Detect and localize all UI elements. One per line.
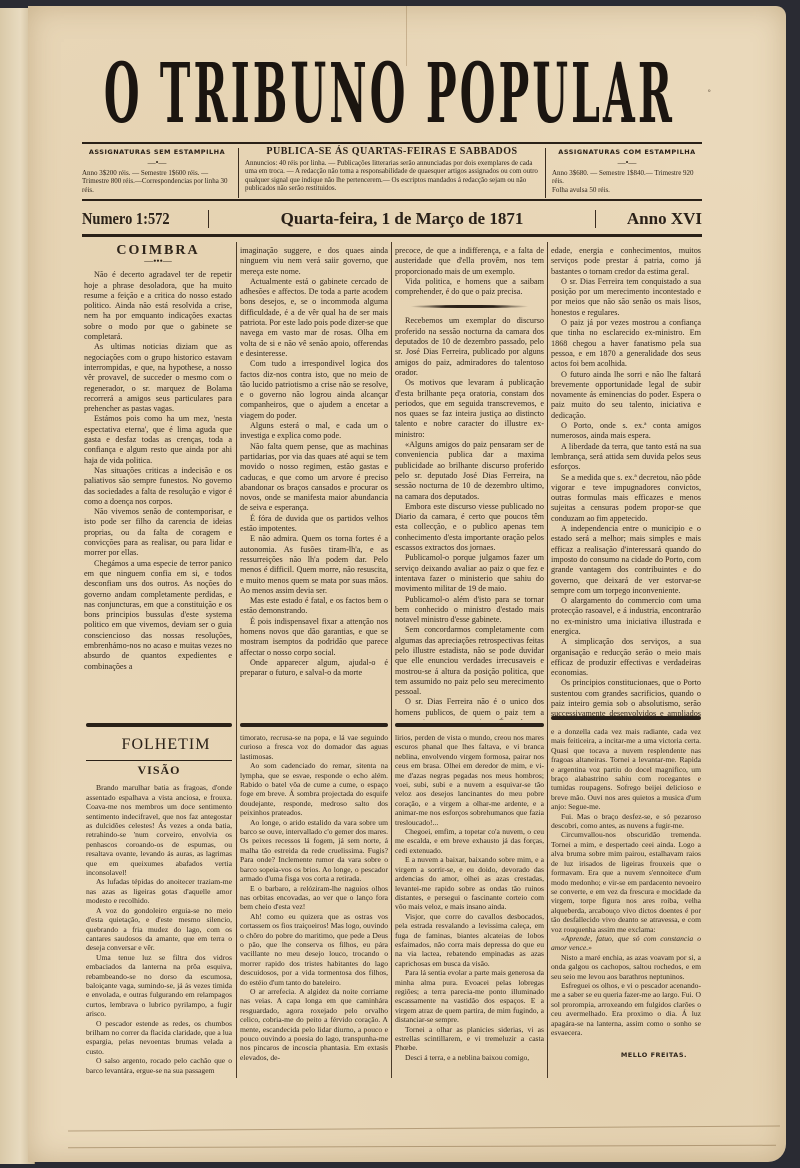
paragraph: Mas este estado é fatal, e os factos bem… <box>240 596 388 617</box>
folhetim-col4: e a donzella cada vez mais radiante, cad… <box>551 727 701 1057</box>
paragraph: Sem concordarmos completamente com algum… <box>395 625 544 697</box>
paragraph: O alargamento do commercio com uma prote… <box>551 596 701 637</box>
paragraph: Chegámos a uma especie de terror panico … <box>84 559 232 672</box>
paragraph: É fóra de duvida que os partidos velhos … <box>240 514 388 535</box>
page-crease <box>68 1145 776 1148</box>
advertising-terms: Annuncios: 40 réis por linha. — Publicaç… <box>245 159 539 193</box>
paragraph: Publicamol-o além d'isto para se tornar … <box>395 595 544 626</box>
paragraph: Brando marulhar batia as fragoas, d'onde… <box>86 783 232 877</box>
paragraph: imaginação suggere, e dos quaes ainda ni… <box>240 246 388 277</box>
folhetim-rule <box>86 723 232 727</box>
column-divider <box>547 242 548 1078</box>
publication-info: PUBLICA-SE ÁS QUARTAS-FEIRAS E SABBADOS … <box>238 148 546 198</box>
subscription-stamped: ASSIGNATURAS COM ESTAMPILHA —•— Anno 3$6… <box>546 148 702 198</box>
ornament: —•— <box>552 160 702 166</box>
paragraph: O sr. Dias Ferreira tem conquistado a su… <box>551 277 701 318</box>
paragraph: «Aprende, fatuo, que só com constancia o… <box>551 934 701 953</box>
subscription-unstamped-heading: ASSIGNATURAS SEM ESTAMPILHA <box>82 148 232 157</box>
folhetim-rule <box>240 723 388 727</box>
paragraph: Não é decerto agradavel ter de repetir h… <box>84 270 232 342</box>
paragraph: Ah! como eu quizera que as ostras vos co… <box>240 912 388 987</box>
subscription-header: ASSIGNATURAS SEM ESTAMPILHA —•— Anno 3$2… <box>82 148 702 198</box>
paragraph: Visjor, que corre do cavallos desbocados… <box>395 912 544 968</box>
paragraph: A voz do gondoleiro erguia-se no meio d'… <box>86 906 232 953</box>
section-separator <box>410 305 529 308</box>
paragraph: A independencia entre o municipio e o es… <box>551 524 701 596</box>
paragraph: Ao longe, o arido estalido da vara sobre… <box>240 818 388 884</box>
folhetim-rule <box>551 716 701 720</box>
paragraph: O Porto, onde s. ex.ª conta amigos numer… <box>551 421 701 442</box>
paragraph: A liberdade da terra, que tanto está na … <box>551 442 701 473</box>
story-title: VISÃO <box>86 766 232 775</box>
article-discurso-col3: precoce, de que a indifferença, e a falt… <box>395 246 544 720</box>
column-divider <box>236 242 237 1078</box>
divider <box>595 210 596 228</box>
masthead-title: O TRIBUNO POPULAR <box>98 52 681 135</box>
paragraph: O ar arrefecia. A algidez da noite corri… <box>240 987 388 1062</box>
paragraph: Vida politica, e homens que a saibam com… <box>395 277 544 298</box>
dateline: Numero 1:572 Quarta-feira, 1 de Março de… <box>82 206 702 232</box>
paragraph: Os motivos que levaram á publicação d'es… <box>395 378 544 440</box>
paragraph: Recebemos um exemplar do discurso profer… <box>395 316 544 378</box>
subscription-unstamped: ASSIGNATURAS SEM ESTAMPILHA —•— Anno 3$2… <box>82 148 238 198</box>
paragraph: O paiz já por vezes mostrou a confiança … <box>551 318 701 369</box>
paragraph: edade, energia e conhecimentos, muitos s… <box>551 246 701 277</box>
article-discurso-col4: edade, energia e conhecimentos, muitos s… <box>551 246 701 716</box>
folhetim-col1: VISÃO Brando marulhar batia as fragoas, … <box>86 764 232 1082</box>
paragraph: e a donzella cada vez mais radiante, cad… <box>551 727 701 812</box>
ornament: —•— <box>82 160 232 166</box>
folhetim-col2: timorato, recrusa-se na popa, e lá vae s… <box>240 733 388 1081</box>
paragraph: Estámos pois como ha um mez, 'nesta espe… <box>84 414 232 465</box>
paragraph: Não vivemos senão de contemporisar, e is… <box>84 507 232 558</box>
paragraph: Não falta quem pense, que as machinas pa… <box>240 442 388 514</box>
paragraph: Embora este discurso viesse publicado no… <box>395 502 544 553</box>
single-issue-price: Folha avulsa 50 réis. <box>552 186 702 195</box>
paragraph: Tornei a olhar as planicies siderias, vi… <box>395 1025 544 1053</box>
paragraph: «Alguns amigos do paiz pensaram ser de c… <box>395 440 544 502</box>
volume-year: Anno XVI <box>602 209 702 229</box>
paragraph: Nisto a maré enchia, as azas voavam por … <box>551 953 701 981</box>
paragraph: Os principios constitucionaes, que o Por… <box>551 678 701 716</box>
paragraph: O sr. Dias Ferreira não é o unico dos ho… <box>395 697 544 720</box>
paragraph: E não admira. Quem os torna fortes é a a… <box>240 534 388 596</box>
subscription-unstamped-prices: Anno 3$200 réis. — Semestre 1$600 réis. … <box>82 169 232 195</box>
subscription-stamped-heading: ASSIGNATURAS COM ESTAMPILHA <box>552 148 702 157</box>
paragraph: Fui. Mas o braço desfez-se, e só pezaros… <box>551 812 701 831</box>
dateline-rule <box>82 234 702 237</box>
page-mark: º <box>708 88 710 97</box>
paragraph: Chegoei, emfim, a topetar co'a nuvem, o … <box>395 827 544 855</box>
paragraph: Ao som cadenciado do remar, sitenta na l… <box>240 761 388 817</box>
paragraph: timorato, recrusa-se na popa, e lá vae s… <box>240 733 388 761</box>
paragraph: O futuro ainda lhe sorri e não lhe falta… <box>551 370 701 421</box>
paragraph: precoce, de que a indifferença, e a falt… <box>395 246 544 277</box>
paragraph: Desci á terra, e a neblina baixou comigo… <box>395 1053 544 1062</box>
publication-schedule: PUBLICA-SE ÁS QUARTAS-FEIRAS E SABBADOS <box>245 148 539 157</box>
paragraph: Alguns esterá o mal, e cada um o investi… <box>240 421 388 442</box>
subscription-stamped-prices: Anno 3$680. — Semestre 1$840.— Trimestre… <box>552 169 702 186</box>
paragraph: E a nuvem a baixar, baixando sobre mim, … <box>395 855 544 911</box>
column-divider <box>391 242 392 1078</box>
article-coimbra-col1: COIMBRA —•••— Não é decerto agradavel te… <box>84 244 232 720</box>
paragraph: Com tudo a irrespondivel logica dos fact… <box>240 359 388 421</box>
paragraph: A simplicação dos serviços, a sua organi… <box>551 637 701 678</box>
paragraph: lirios, perden de vista o mundo, creou n… <box>395 733 544 827</box>
issue-date: Quarta-feira, 1 de Março de 1871 <box>215 209 589 229</box>
paragraph: Nas situações criticas a indecisão e os … <box>84 466 232 507</box>
masthead-rule <box>82 142 702 144</box>
author-signature: MELLO FREITAS. <box>551 1051 701 1057</box>
folhetim-col3: lirios, perden de vista o mundo, creou n… <box>395 733 544 1081</box>
paragraph: As lufadas tépidas do anoitecer traziam-… <box>86 877 232 905</box>
paragraph: Esfreguei os olhos, e vi o pescador acen… <box>551 981 701 1037</box>
paragraph: E o barbaro, a relóziram-lhe naguios olh… <box>240 884 388 912</box>
ornament: —•••— <box>84 258 232 264</box>
paragraph: Circumvallou-nos obscuridão tremenda. To… <box>551 830 701 933</box>
paragraph: Onde apparecer algum, ajudal-o é prepara… <box>240 658 388 679</box>
article-title: COIMBRA <box>84 246 232 256</box>
paragraph: Se a medida que s. ex.ª decretou, não pô… <box>551 473 701 524</box>
page-crease <box>68 1126 780 1132</box>
paragraph: Para lá sentia evolar a parte mais gener… <box>395 968 544 1024</box>
article-coimbra-col2: imaginação suggere, e dos quaes ainda ni… <box>240 246 388 720</box>
paragraph: O pescador estende as redes, os chumbos … <box>86 1019 232 1057</box>
paragraph: É pois indispensavel fixar a attenção no… <box>240 617 388 658</box>
paragraph: As ultimas noticias diziam que as negoci… <box>84 342 232 414</box>
issue-number: Numero 1:572 <box>82 209 184 229</box>
folhetim-section-title: FOLHETIM <box>92 736 240 754</box>
folhetim-title-rule <box>86 760 232 761</box>
paragraph: Publicamol-o porque julgamos fazer um se… <box>395 553 544 594</box>
paragraph: Uma tenue luz se filtra dos vidros embac… <box>86 953 232 1019</box>
folhetim-rule <box>395 723 544 727</box>
divider <box>208 210 209 228</box>
paragraph: O salso argento, rocado pelo cachão que … <box>86 1056 232 1075</box>
paragraph: Actualmente está o gabinete cercado de a… <box>240 277 388 359</box>
header-rule <box>82 199 702 201</box>
